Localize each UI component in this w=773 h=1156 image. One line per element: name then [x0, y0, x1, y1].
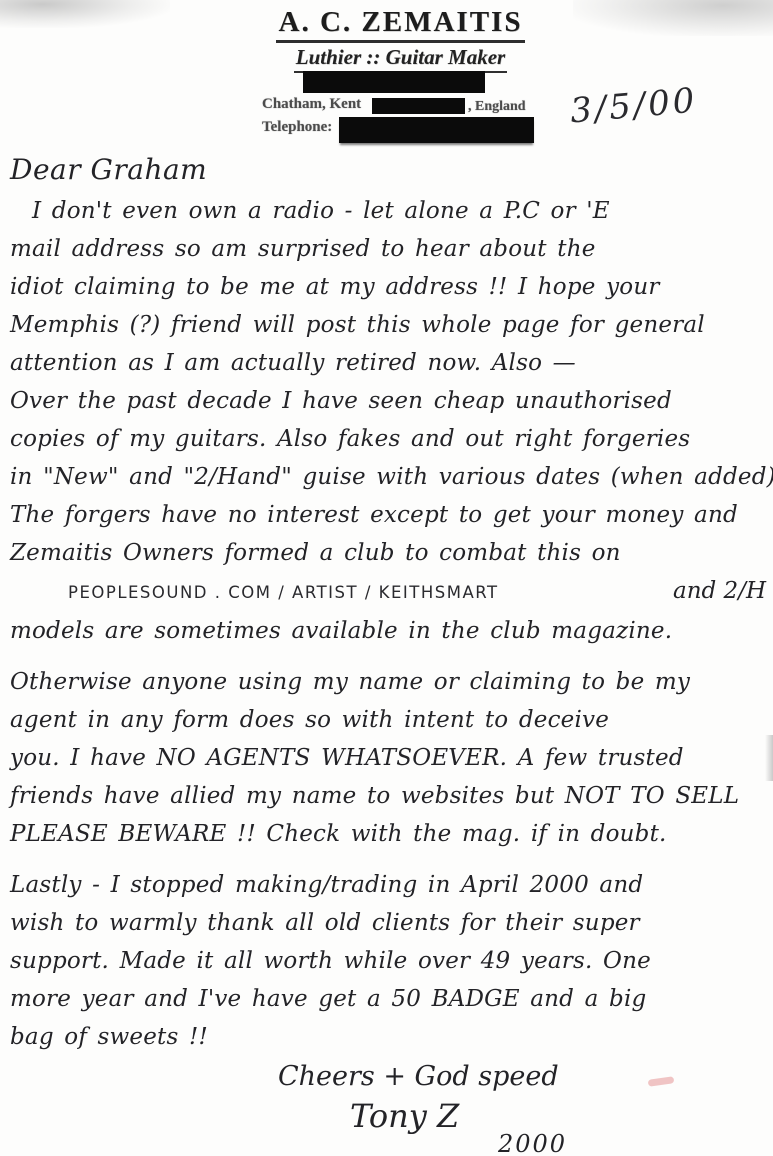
letter-line: The forgers have no interest except to g…	[10, 496, 766, 534]
letter-line: support. Made it all worth while over 49…	[10, 942, 766, 980]
letter-line: in "New" and "2/Hand" guise with various…	[10, 458, 766, 496]
letter-line: Lastly - I stopped making/trading in Apr…	[10, 866, 766, 904]
letter-date: 3/5/00	[568, 81, 698, 132]
letter-line: I don't even own a radio - let alone a P…	[10, 192, 766, 230]
letterhead-subtitle-text: Luthier :: Guitar Maker	[294, 45, 507, 73]
letter-line: idiot claiming to be me at my address !!…	[10, 268, 766, 306]
letter-line: Over the past decade I have seen cheap u…	[10, 382, 766, 420]
scan-streak	[765, 735, 773, 781]
letterhead-address-prefix: Chatham, Kent	[262, 96, 361, 113]
redaction-bar-telephone	[339, 117, 534, 143]
letter-line: Memphis (?) friend will post this whole …	[10, 306, 766, 344]
letter-line: more year and I've have get a 50 BADGE a…	[10, 980, 766, 1018]
letter-line: Zemaitis Owners formed a club to combat …	[10, 534, 766, 572]
letterhead-name: A. C. ZEMAITIS	[0, 6, 773, 43]
letter-line: friends have allied my name to websites …	[10, 777, 766, 815]
scanned-letter-page: A. C. ZEMAITIS Luthier :: Guitar Maker C…	[0, 0, 773, 1156]
letter-body: Dear Graham I don't even own a radio - l…	[10, 148, 766, 1156]
letter-line: mail address so am surprised to hear abo…	[10, 230, 766, 268]
letterhead-telephone-label: Telephone:	[262, 119, 332, 136]
letter-line: Otherwise anyone using my name or claimi…	[10, 663, 766, 701]
letter-line: copies of my guitars. Also fakes and out…	[10, 420, 766, 458]
salutation: Dear Graham	[10, 148, 766, 192]
letter-line: PLEASE BEWARE !! Check with the mag. if …	[10, 815, 766, 853]
redaction-bar-address	[303, 71, 485, 93]
letterhead-subtitle: Luthier :: Guitar Maker	[0, 45, 773, 73]
letterhead-name-text: A. C. ZEMAITIS	[276, 6, 526, 43]
letter-line: agent in any form does so with intent to…	[10, 701, 766, 739]
letter-line: you. I have NO AGENTS WHATSOEVER. A few …	[10, 739, 766, 777]
redaction-bar-address-inline	[372, 98, 465, 114]
club-url-suffix: and 2/H	[673, 572, 766, 610]
letter-line: bag of sweets !!	[10, 1018, 766, 1056]
letter-line: attention as I am actually retired now. …	[10, 344, 766, 382]
signature: Tony Z	[10, 1096, 766, 1136]
closing: Cheers + God speed	[10, 1058, 766, 1096]
letter-line: wish to warmly thank all old clients for…	[10, 904, 766, 942]
club-url-line: PEOPLESOUND . COM / ARTIST / KEITHSMART …	[10, 572, 766, 612]
letterhead-address-suffix: , England	[468, 99, 526, 115]
club-url: PEOPLESOUND . COM / ARTIST / KEITHSMART	[68, 574, 499, 612]
letter-line: models are sometimes available in the cl…	[10, 612, 766, 650]
